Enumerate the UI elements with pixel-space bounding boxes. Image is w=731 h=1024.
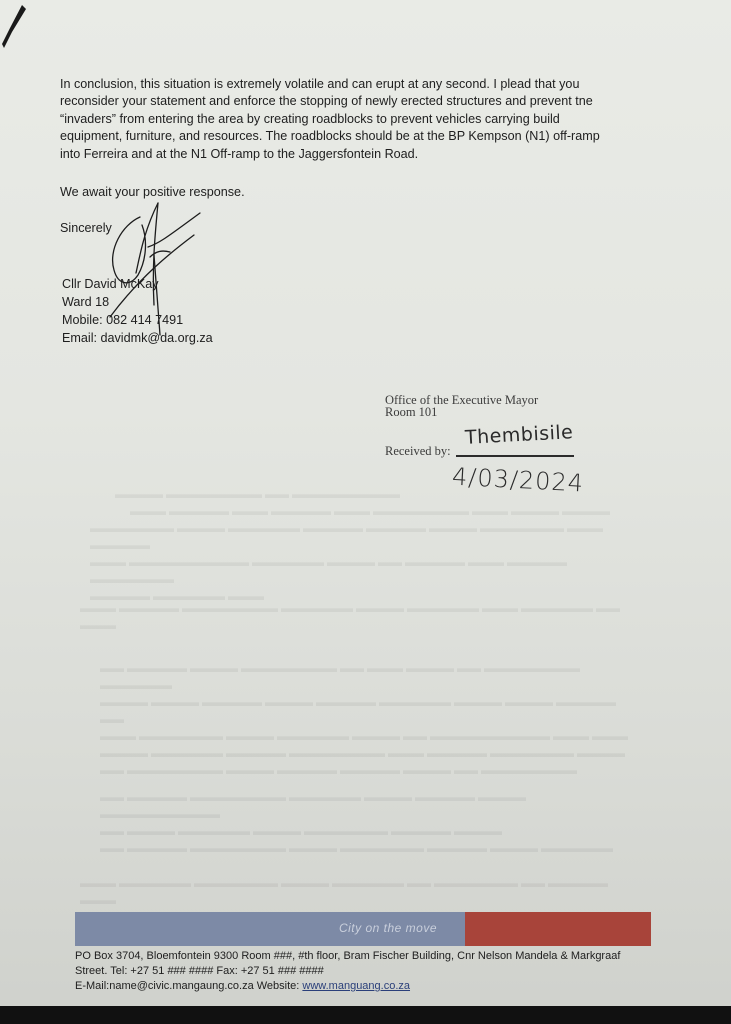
paragraph-line: reconsider your statement and enforce th… — [60, 93, 680, 110]
bleed-through-text: ▬▬▬▬ ▬▬▬▬▬▬▬▬ ▬▬ ▬▬▬▬▬▬▬▬▬ ▬▬▬ ▬▬▬▬▬ ▬▬▬… — [90, 486, 650, 605]
signatory-ward: Ward 18 — [62, 293, 213, 311]
bottom-black-band — [0, 1006, 731, 1024]
conclusion-paragraph: In conclusion, this situation is extreme… — [60, 76, 680, 163]
paragraph-line: into Ferreira and at the N1 Off-ramp to … — [60, 146, 680, 163]
footer-email: E-Mail:name@civic.mangaung.co.za Website… — [75, 980, 302, 992]
banner-blue-segment: City on the move — [75, 912, 465, 946]
signatory-mobile: Mobile: 082 414 7491 — [62, 311, 213, 329]
received-by-name: Thembisile — [464, 421, 573, 449]
stamp-room: Room 101 — [385, 406, 538, 418]
signatory-name: Cllr David McKay — [62, 275, 213, 293]
received-by-underline — [456, 455, 574, 457]
paragraph-line: “invaders” from entering the area by cre… — [60, 111, 680, 128]
banner-red-segment — [465, 912, 651, 946]
signatory-details: Cllr David McKay Ward 18 Mobile: 082 414… — [62, 275, 213, 347]
footer-phone-line: Street. Tel: +27 51 ### #### Fax: +27 51… — [75, 964, 620, 979]
paragraph-line: In conclusion, this situation is extreme… — [60, 76, 680, 93]
received-stamp: Office of the Executive Mayor Room 101 — [385, 394, 538, 418]
banner-slogan: City on the move — [339, 921, 437, 935]
footer-contact: PO Box 3704, Bloemfontein 9300 Room ###,… — [75, 949, 620, 994]
signatory-email: Email: davidmk@da.org.za — [62, 329, 213, 347]
letter-page: ▬▬▬▬ ▬▬▬▬▬▬▬▬ ▬▬ ▬▬▬▬▬▬▬▬▬ ▬▬▬ ▬▬▬▬▬ ▬▬▬… — [0, 0, 731, 1006]
footer-email-line: E-Mail:name@civic.mangaung.co.za Website… — [75, 979, 620, 994]
footer-website-link[interactable]: www.manguang.co.za — [302, 980, 410, 992]
received-by-label: Received by: — [385, 444, 451, 459]
bleed-through-text: ▬▬▬ ▬▬▬▬▬ ▬▬▬▬▬▬▬▬ ▬▬▬▬▬▬ ▬▬▬▬ ▬▬▬▬▬▬ ▬▬… — [80, 600, 640, 926]
footer-banner: City on the move — [75, 912, 651, 946]
paragraph-line: equipment, furniture, and resources. The… — [60, 128, 680, 145]
corner-mark-icon — [0, 0, 30, 50]
footer-address-line: PO Box 3704, Bloemfontein 9300 Room ###,… — [75, 949, 620, 964]
